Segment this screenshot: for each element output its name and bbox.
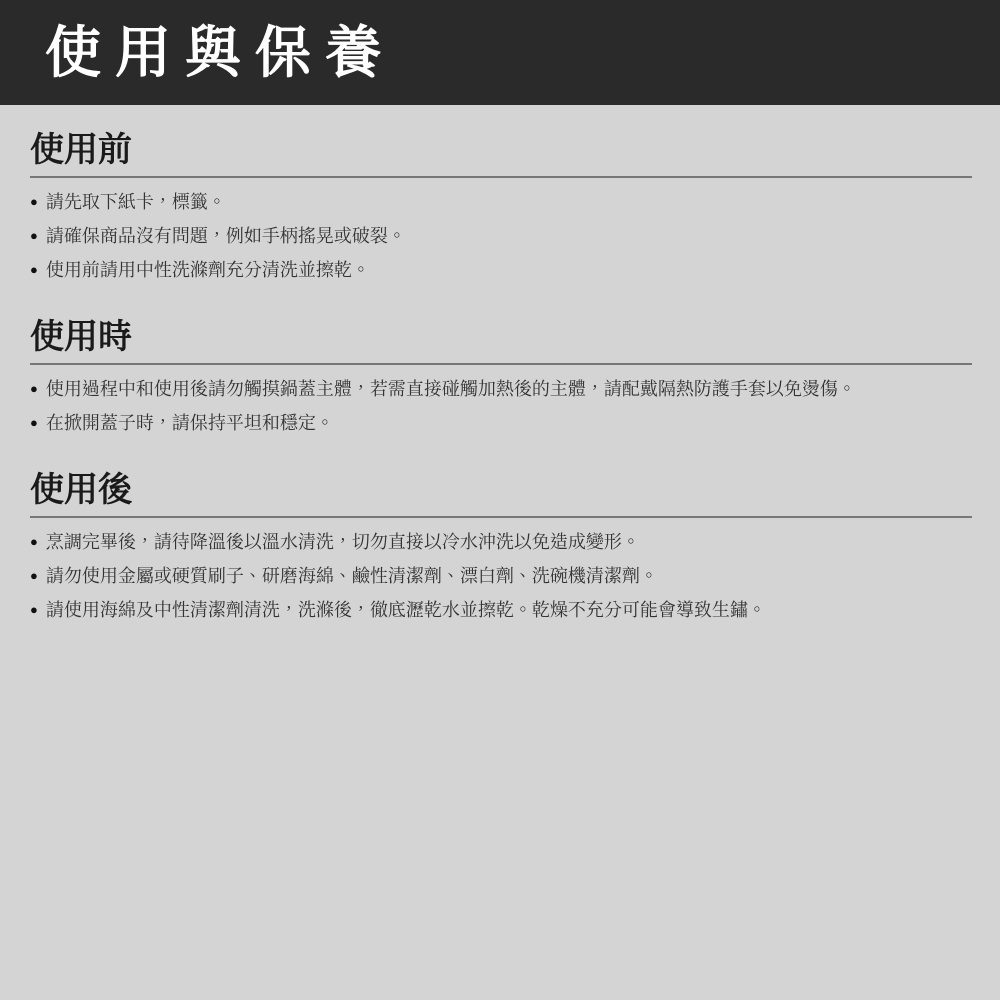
list-item-text: 使用過程中和使用後請勿觸摸鍋蓋主體，若需直接碰觸加熱後的主體，請配戴隔熱防護手套… — [46, 377, 856, 401]
list-item-text: 請確保商品沒有問題，例如手柄搖晃或破裂。 — [46, 224, 406, 248]
bullet-icon: ● — [30, 258, 38, 282]
list-item: ●使用過程中和使用後請勿觸摸鍋蓋主體，若需直接碰觸加熱後的主體，請配戴隔熱防護手… — [30, 377, 972, 401]
list-item-text: 請勿使用金屬或硬質刷子、研磨海綿、鹼性清潔劑、漂白劑、洗碗機清潔劑。 — [46, 564, 658, 588]
list-item-text: 在掀開蓋子時，請保持平坦和穩定。 — [46, 411, 334, 435]
list-item: ●請勿使用金屬或硬質刷子、研磨海綿、鹼性清潔劑、漂白劑、洗碗機清潔劑。 — [30, 564, 972, 588]
bullet-list: ●使用過程中和使用後請勿觸摸鍋蓋主體，若需直接碰觸加熱後的主體，請配戴隔熱防護手… — [30, 377, 972, 435]
section: 使用時●使用過程中和使用後請勿觸摸鍋蓋主體，若需直接碰觸加熱後的主體，請配戴隔熱… — [30, 318, 972, 435]
section-heading: 使用後 — [30, 471, 972, 518]
sections-container: 使用前●請先取下紙卡，標籤。●請確保商品沒有問題，例如手柄搖晃或破裂。●使用前請… — [30, 131, 972, 622]
bullet-list: ●烹調完畢後，請待降溫後以溫水清洗，切勿直接以冷水沖洗以免造成變形。●請勿使用金… — [30, 530, 972, 622]
bullet-icon: ● — [30, 564, 38, 588]
bullet-icon: ● — [30, 190, 38, 214]
section-heading: 使用時 — [30, 318, 972, 365]
page-title: 使用與保養 — [45, 25, 395, 81]
page-header: 使用與保養 — [0, 0, 1000, 105]
section: 使用前●請先取下紙卡，標籤。●請確保商品沒有問題，例如手柄搖晃或破裂。●使用前請… — [30, 131, 972, 282]
section: 使用後●烹調完畢後，請待降溫後以溫水清洗，切勿直接以冷水沖洗以免造成變形。●請勿… — [30, 471, 972, 622]
bullet-icon: ● — [30, 411, 38, 435]
list-item: ●在掀開蓋子時，請保持平坦和穩定。 — [30, 411, 972, 435]
care-instructions-page: 使用與保養 使用前●請先取下紙卡，標籤。●請確保商品沒有問題，例如手柄搖晃或破裂… — [0, 0, 1000, 1000]
list-item-text: 請先取下紙卡，標籤。 — [46, 190, 226, 214]
bullet-list: ●請先取下紙卡，標籤。●請確保商品沒有問題，例如手柄搖晃或破裂。●使用前請用中性… — [30, 190, 972, 282]
list-item: ●請使用海綿及中性清潔劑清洗，洗滌後，徹底瀝乾水並擦乾。乾燥不充分可能會導致生鏽… — [30, 598, 972, 622]
bullet-icon: ● — [30, 377, 38, 401]
bullet-icon: ● — [30, 598, 38, 622]
bullet-icon: ● — [30, 224, 38, 248]
content-area: 使用前●請先取下紙卡，標籤。●請確保商品沒有問題，例如手柄搖晃或破裂。●使用前請… — [0, 131, 1000, 622]
list-item: ●請確保商品沒有問題，例如手柄搖晃或破裂。 — [30, 224, 972, 248]
list-item-text: 請使用海綿及中性清潔劑清洗，洗滌後，徹底瀝乾水並擦乾。乾燥不充分可能會導致生鏽。 — [46, 598, 766, 622]
list-item: ●烹調完畢後，請待降溫後以溫水清洗，切勿直接以冷水沖洗以免造成變形。 — [30, 530, 972, 554]
list-item-text: 烹調完畢後，請待降溫後以溫水清洗，切勿直接以冷水沖洗以免造成變形。 — [46, 530, 640, 554]
section-heading: 使用前 — [30, 131, 972, 178]
list-item: ●請先取下紙卡，標籤。 — [30, 190, 972, 214]
list-item-text: 使用前請用中性洗滌劑充分清洗並擦乾。 — [46, 258, 370, 282]
bullet-icon: ● — [30, 530, 38, 554]
list-item: ●使用前請用中性洗滌劑充分清洗並擦乾。 — [30, 258, 972, 282]
